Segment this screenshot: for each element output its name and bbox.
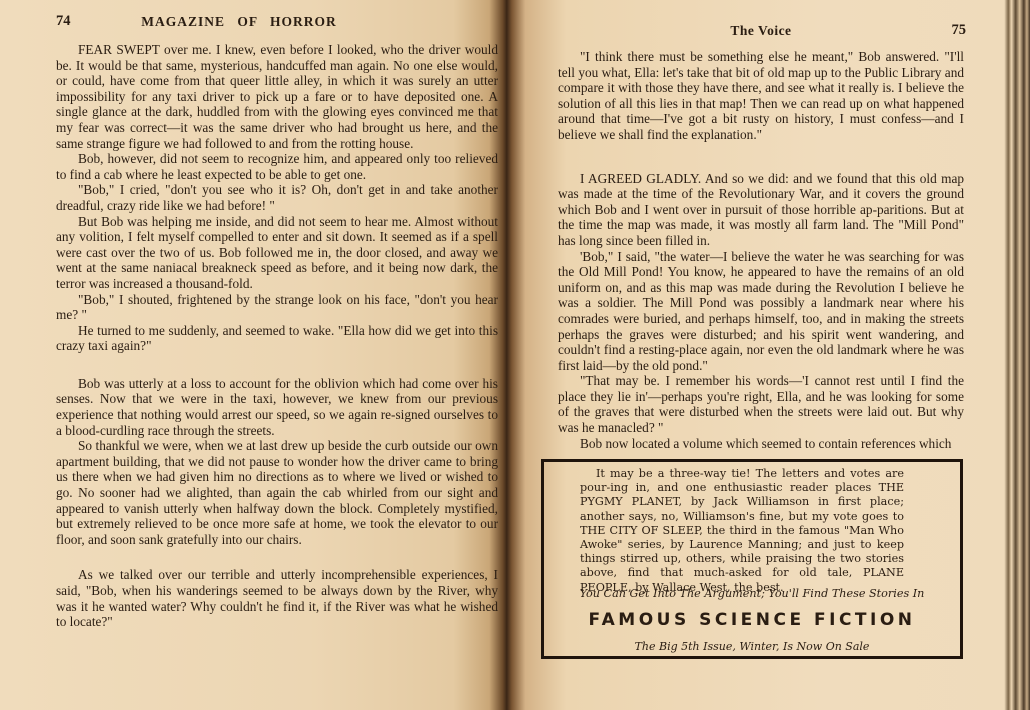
ad-call-to-action: You Can Get Into The Argument; You'll Fi… <box>544 587 960 600</box>
paragraph: But Bob was helping me inside, and did n… <box>56 214 498 292</box>
page-number: 75 <box>952 22 967 39</box>
paragraph: Bob was utterly at a loss to account for… <box>56 376 498 438</box>
ad-tagline: The Big 5th Issue, Winter, Is Now On Sal… <box>544 640 960 653</box>
paragraph: As we talked over our terrible and utter… <box>56 567 498 629</box>
paragraph: "That may be. I remember his words—'I ca… <box>558 373 964 435</box>
right-running-head: The Voice 75 <box>556 22 966 52</box>
paragraph: FEAR SWEPT over me. I knew, even before … <box>56 42 498 151</box>
ad-paragraph: It may be a three-way tie! The letters a… <box>580 467 904 595</box>
story-title-header: The Voice <box>556 23 966 39</box>
right-page-body: "I think there must be something else he… <box>558 49 964 451</box>
left-page: 74 MAGAZINE OF HORROR FEAR SWEPT over me… <box>40 0 498 710</box>
advertisement-box: It may be a three-way tie! The letters a… <box>541 459 963 659</box>
paragraph: I AGREED GLADLY. And so we did: and we f… <box>558 171 964 249</box>
ad-body: It may be a three-way tie! The letters a… <box>580 467 904 595</box>
paragraph: He turned to me suddenly, and seemed to … <box>56 323 498 354</box>
paragraph: 'Bob," I said, "the water—I believe the … <box>558 249 964 374</box>
paragraph: "Bob," I cried, "don't you see who it is… <box>56 182 498 213</box>
paragraph: Bob now located a volume which seemed to… <box>558 436 964 452</box>
left-page-body: FEAR SWEPT over me. I knew, even before … <box>56 42 498 630</box>
paragraph: So thankful we were, when we at last dre… <box>56 438 498 547</box>
paragraph: "Bob," I shouted, frightened by the stra… <box>56 292 498 323</box>
paragraph: Bob, however, did not seem to recognize … <box>56 151 498 182</box>
left-running-head: 74 MAGAZINE OF HORROR <box>40 13 498 43</box>
magazine-title-header: MAGAZINE OF HORROR <box>40 14 438 30</box>
paragraph: "I think there must be something else he… <box>558 49 964 143</box>
ad-magazine-title: FAMOUS SCIENCE FICTION <box>544 610 960 630</box>
